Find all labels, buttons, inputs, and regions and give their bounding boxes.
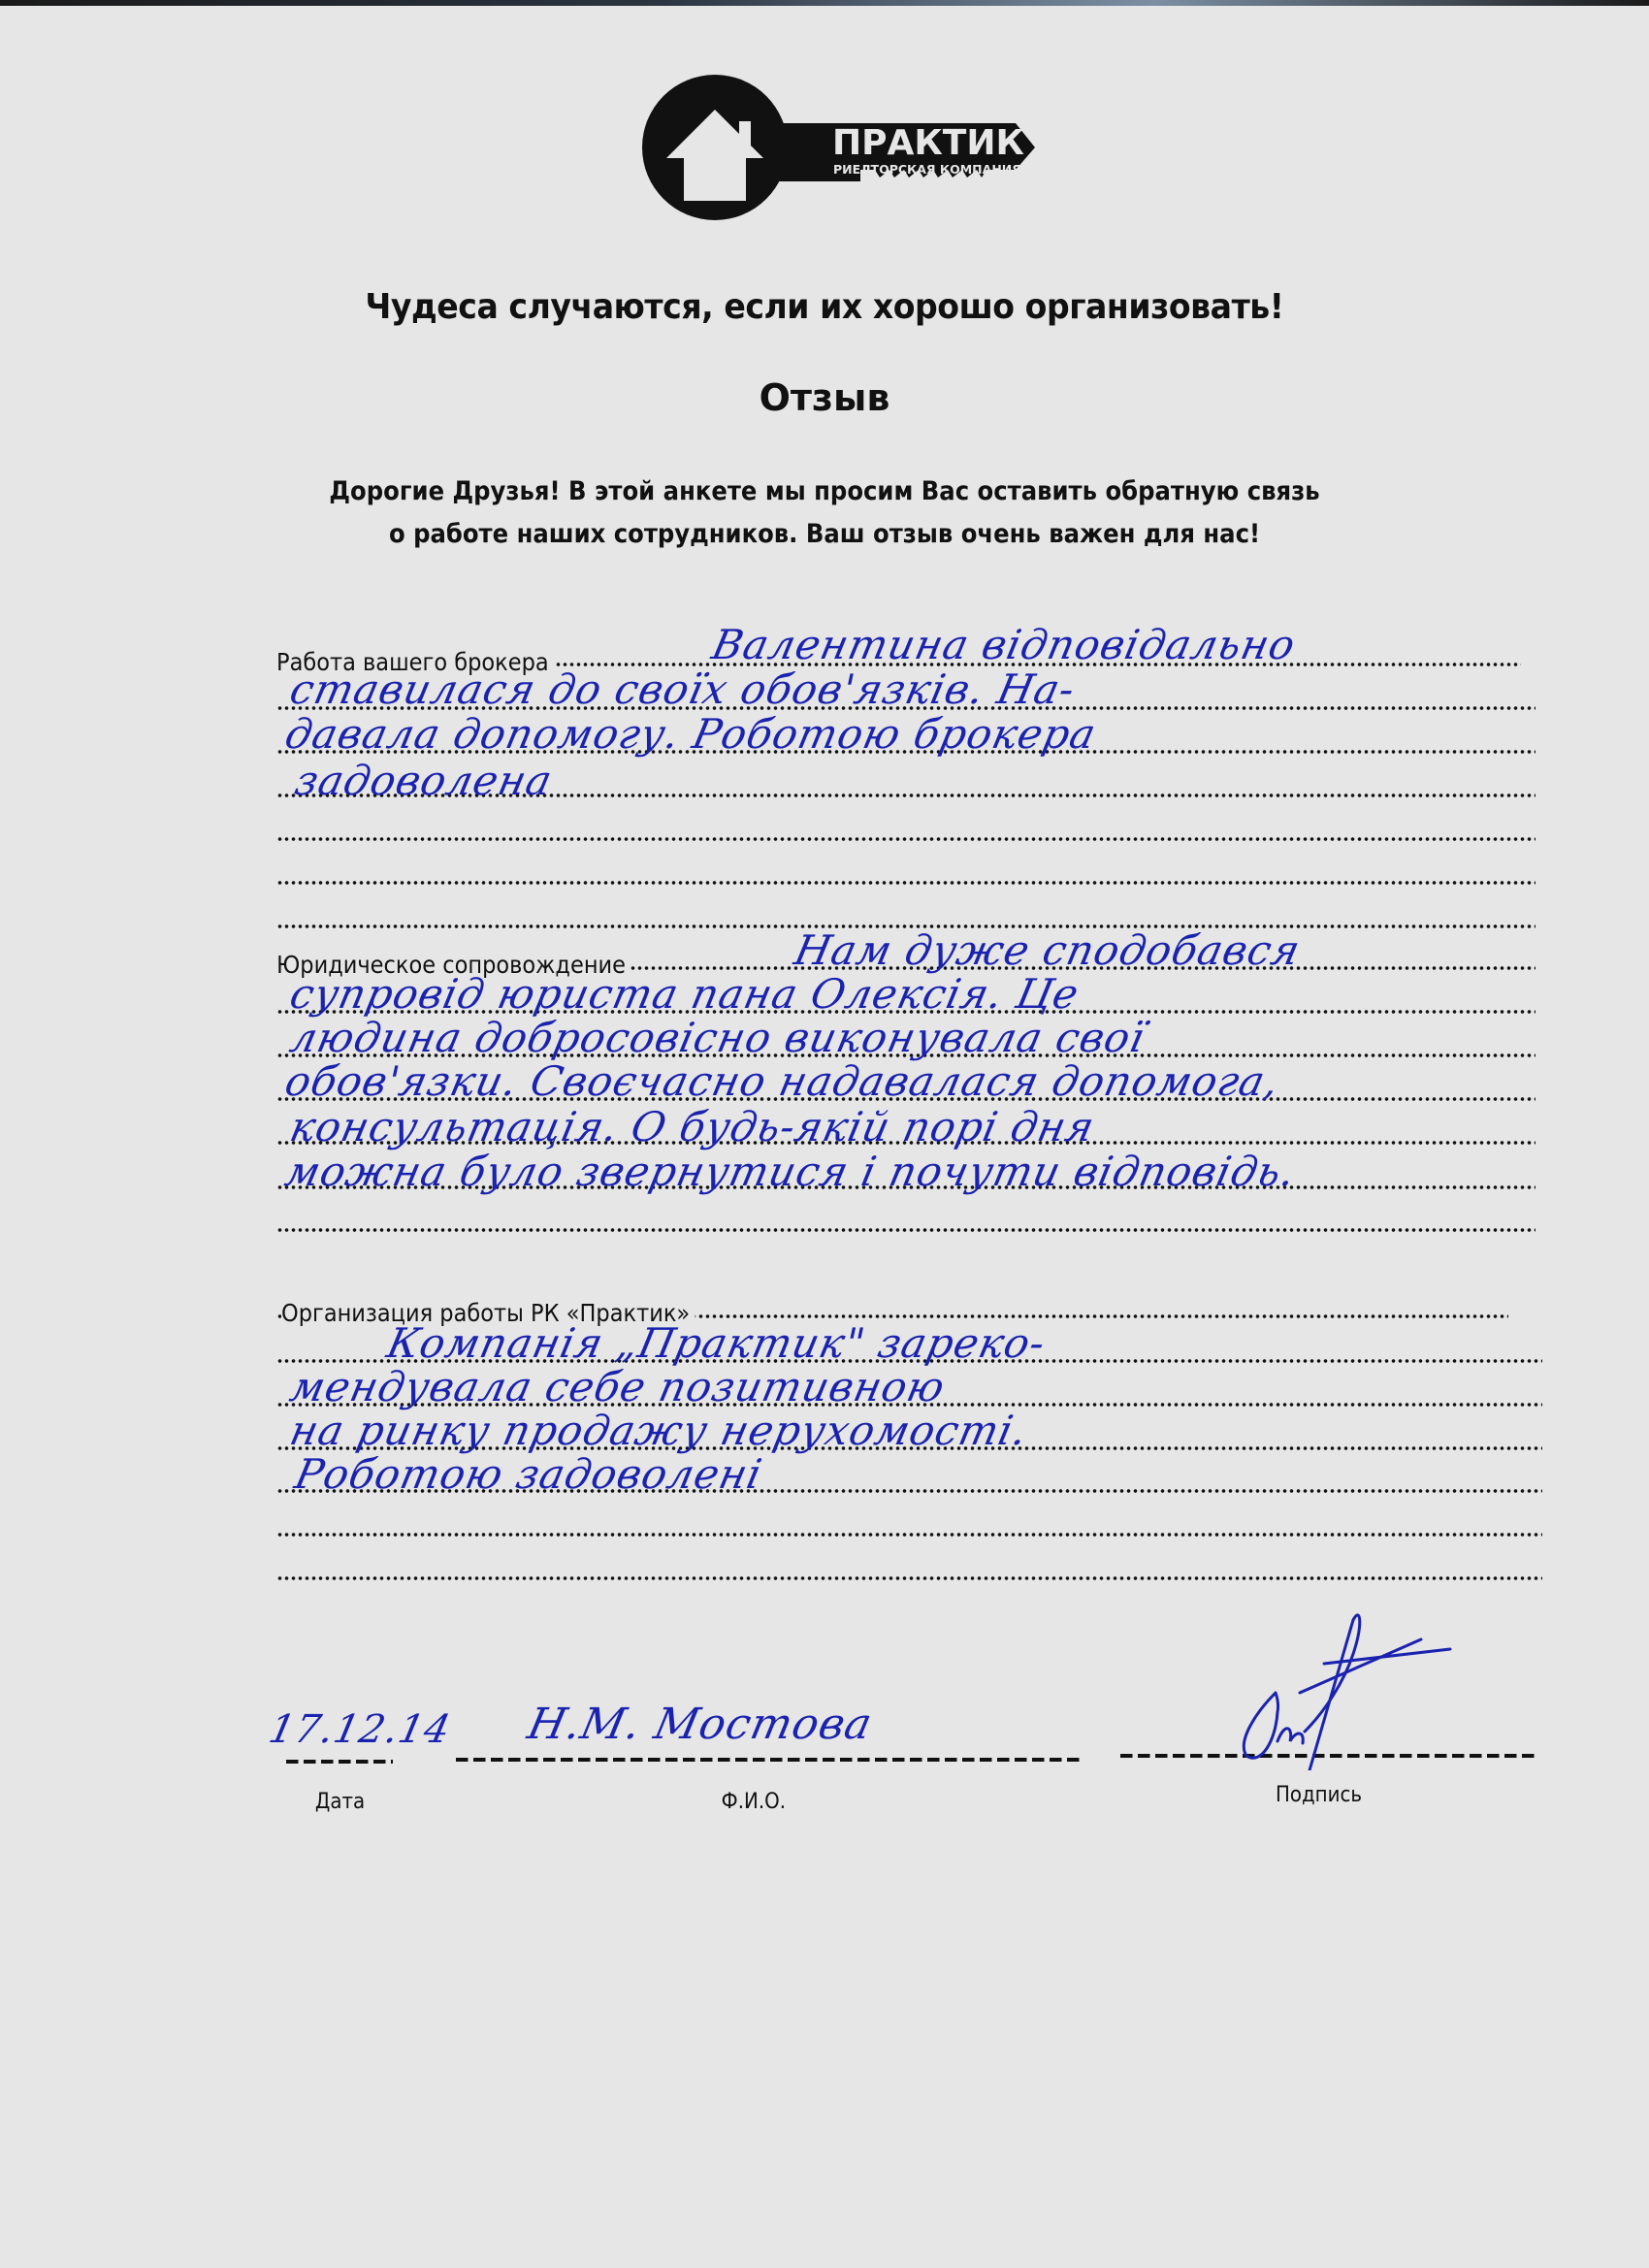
intro-text: Дорогие Друзья! В этой анкете мы просим … bbox=[82, 470, 1567, 556]
dotted-line bbox=[276, 1227, 1536, 1233]
handwritten-line: Компанія „Практик" зареко- bbox=[383, 1319, 1051, 1367]
date-line bbox=[286, 1760, 393, 1764]
brand-name: ПРАКТИК bbox=[832, 123, 1024, 163]
slogan: Чудеса случаются, если их хорошо организ… bbox=[66, 287, 1583, 327]
page-title: Отзыв bbox=[0, 376, 1649, 419]
handwritten-line: мендувала себе позитивною bbox=[286, 1363, 950, 1410]
handwritten-line: супровід юриста пана Олексія. Це bbox=[286, 970, 1083, 1018]
scan-edge bbox=[0, 0, 1649, 6]
intro-line-2: о работе наших сотрудников. Ваш отзыв оч… bbox=[82, 513, 1567, 556]
handwritten-line: ставилася до своїх обов'язків. На- bbox=[286, 665, 1080, 713]
praktik-logo: ПРАКТИК РИЕЛТОРСКАЯ КОМПАНИЯ bbox=[642, 73, 1059, 223]
handwritten-signature-icon bbox=[1217, 1596, 1470, 1770]
signature-label: Подпись bbox=[1276, 1783, 1362, 1807]
handwritten-line: давала допомогу. Роботою брокера bbox=[281, 710, 1101, 758]
handwritten-line: Роботою задоволені bbox=[291, 1450, 767, 1498]
name-line bbox=[456, 1758, 1082, 1762]
dotted-line bbox=[276, 1532, 1542, 1538]
name-value: Н.М. Мостова bbox=[524, 1700, 877, 1749]
dotted-line bbox=[276, 880, 1536, 886]
handwritten-line: людина добросовісно виконувала свої bbox=[286, 1014, 1149, 1061]
handwritten-line: Валентина відповідально bbox=[708, 621, 1300, 668]
handwritten-line: Нам дуже сподобався bbox=[791, 926, 1305, 974]
date-value: 17.12.14 bbox=[265, 1707, 455, 1752]
handwritten-line: обов'язки. Своєчасно надавалася допомога… bbox=[281, 1057, 1284, 1105]
handwritten-line: на ринку продажу нерухомості. bbox=[286, 1407, 1032, 1454]
dotted-line bbox=[276, 836, 1536, 842]
intro-line-1: Дорогие Друзья! В этой анкете мы просим … bbox=[82, 470, 1567, 513]
handwritten-line: задоволена bbox=[291, 757, 557, 804]
handwritten-line: можна було звернутися і почути відповідь… bbox=[281, 1148, 1301, 1195]
date-label: Дата bbox=[315, 1790, 365, 1814]
dotted-line bbox=[276, 1575, 1542, 1581]
name-label: Ф.И.О. bbox=[722, 1790, 786, 1814]
brand-subtitle: РИЕЛТОРСКАЯ КОМПАНИЯ bbox=[833, 162, 1021, 177]
handwritten-line: консультація. О будь-якій порі дня bbox=[286, 1103, 1099, 1150]
